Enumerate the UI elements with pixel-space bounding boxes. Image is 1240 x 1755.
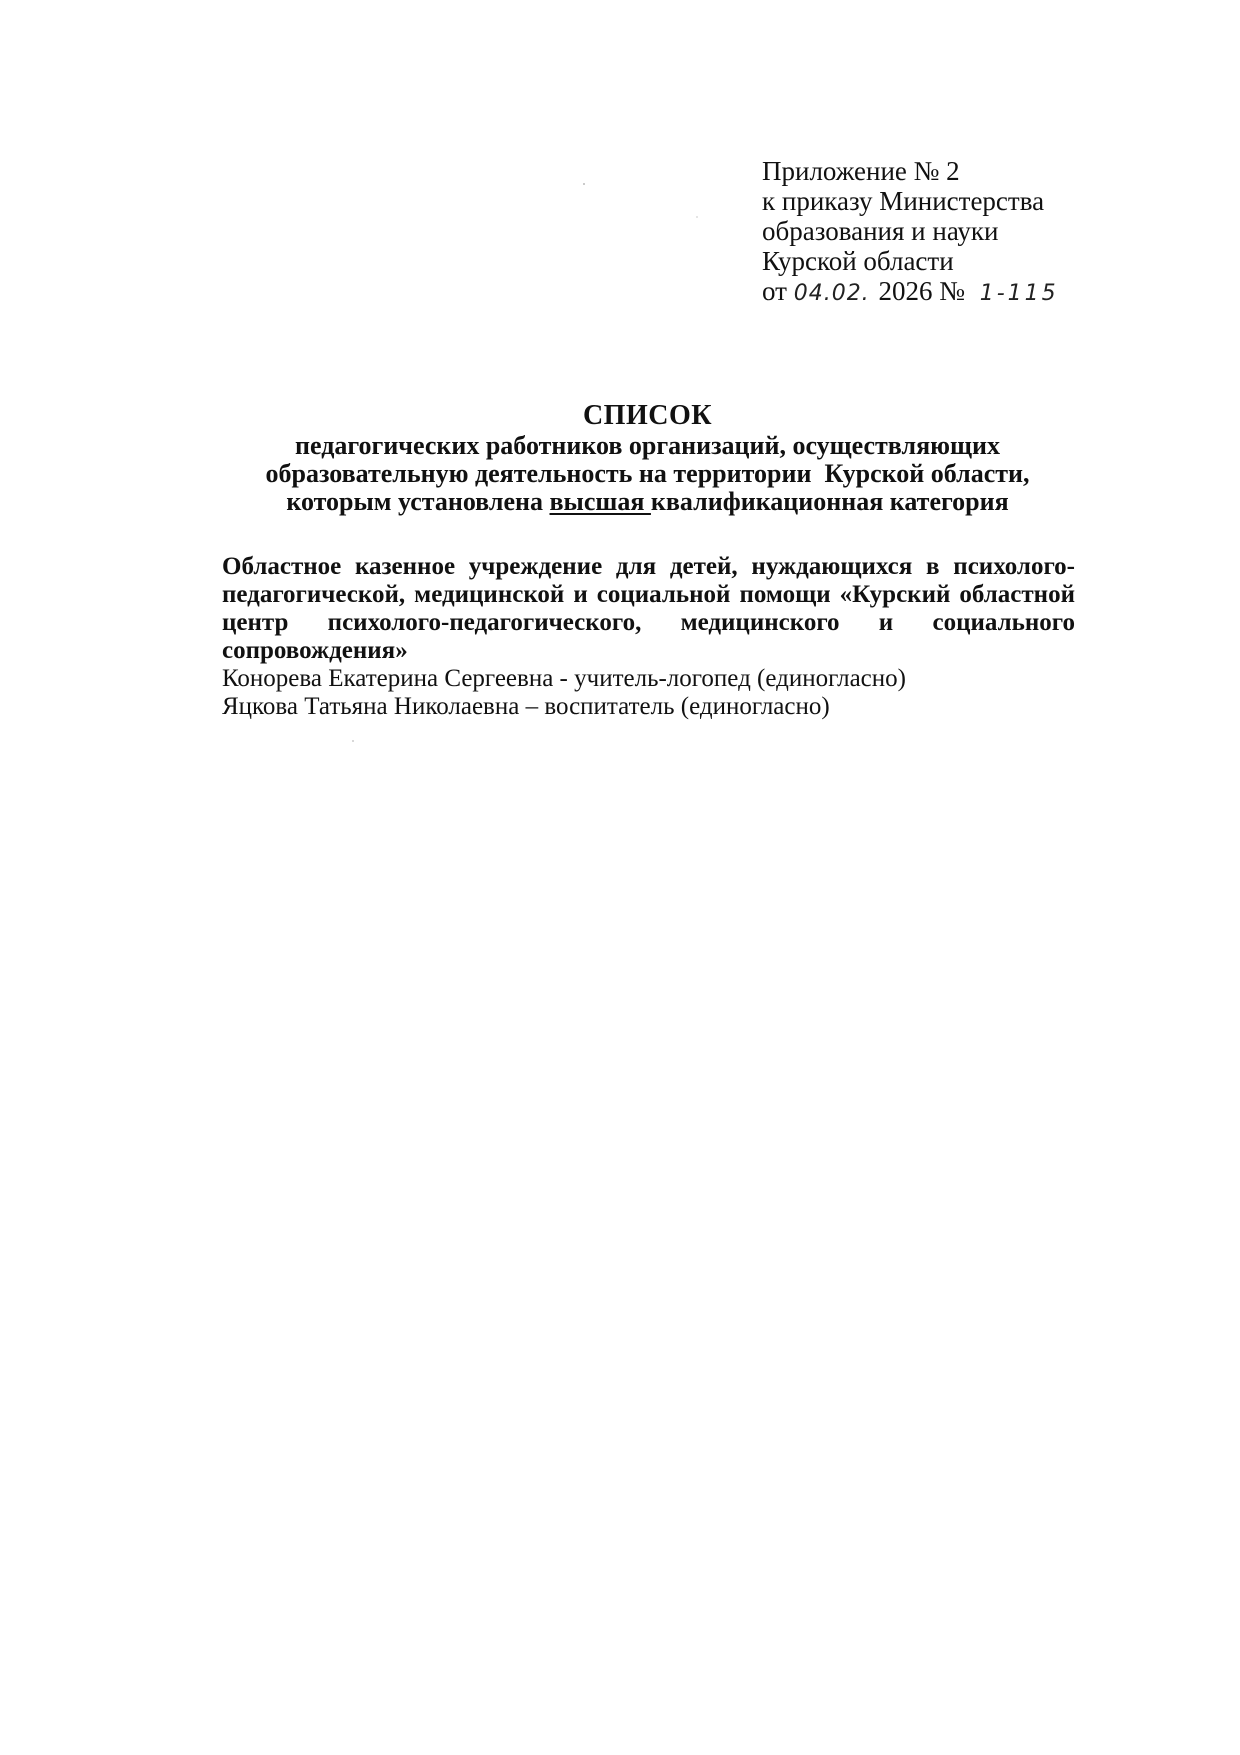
- staff-list: Конорева Екатерина Сергеевна - учитель-л…: [222, 665, 1075, 721]
- organization-name: Областное казенное учреждение для детей,…: [222, 553, 1075, 665]
- document-body: Областное казенное учреждение для детей,…: [222, 553, 1075, 721]
- order-prefix: от: [762, 276, 787, 306]
- appendix-ministry: образования и науки: [762, 216, 1059, 246]
- title-subline-2: образовательную деятельность на территор…: [220, 460, 1075, 488]
- appendix-number: Приложение № 2: [762, 156, 1059, 186]
- appendix-region: Курской области: [762, 246, 1059, 276]
- order-number-handwritten: 1-115: [980, 281, 1059, 306]
- scan-speck: [696, 216, 698, 218]
- scan-speck: [352, 740, 354, 742]
- staff-item: Конорева Екатерина Сергеевна - учитель-л…: [222, 665, 1075, 693]
- title-subline-3-end: квалификационная категория: [651, 487, 1009, 516]
- title-subline-3-start: которым установлена: [286, 487, 549, 516]
- document-page: Приложение № 2 к приказу Министерства об…: [0, 0, 1240, 1755]
- scan-speck: [583, 183, 585, 185]
- appendix-order-ref: к приказу Министерства: [762, 186, 1059, 216]
- staff-item: Яцкова Татьяна Николаевна – воспитатель …: [222, 693, 1075, 721]
- document-title-block: СПИСОК педагогических работников организ…: [220, 400, 1075, 516]
- title-subline-1: педагогических работников организаций, о…: [220, 432, 1075, 460]
- category-highlight: высшая: [550, 487, 651, 516]
- document-title: СПИСОК: [220, 400, 1075, 432]
- appendix-header: Приложение № 2 к приказу Министерства об…: [762, 156, 1059, 309]
- order-year: 2026 №: [872, 276, 965, 306]
- order-date-handwritten: 04.02.: [794, 281, 870, 306]
- title-subline-3: которым установлена высшая квалификацион…: [220, 488, 1075, 516]
- order-date-number-line: от 04.02. 2026 № 1-115: [762, 276, 1059, 309]
